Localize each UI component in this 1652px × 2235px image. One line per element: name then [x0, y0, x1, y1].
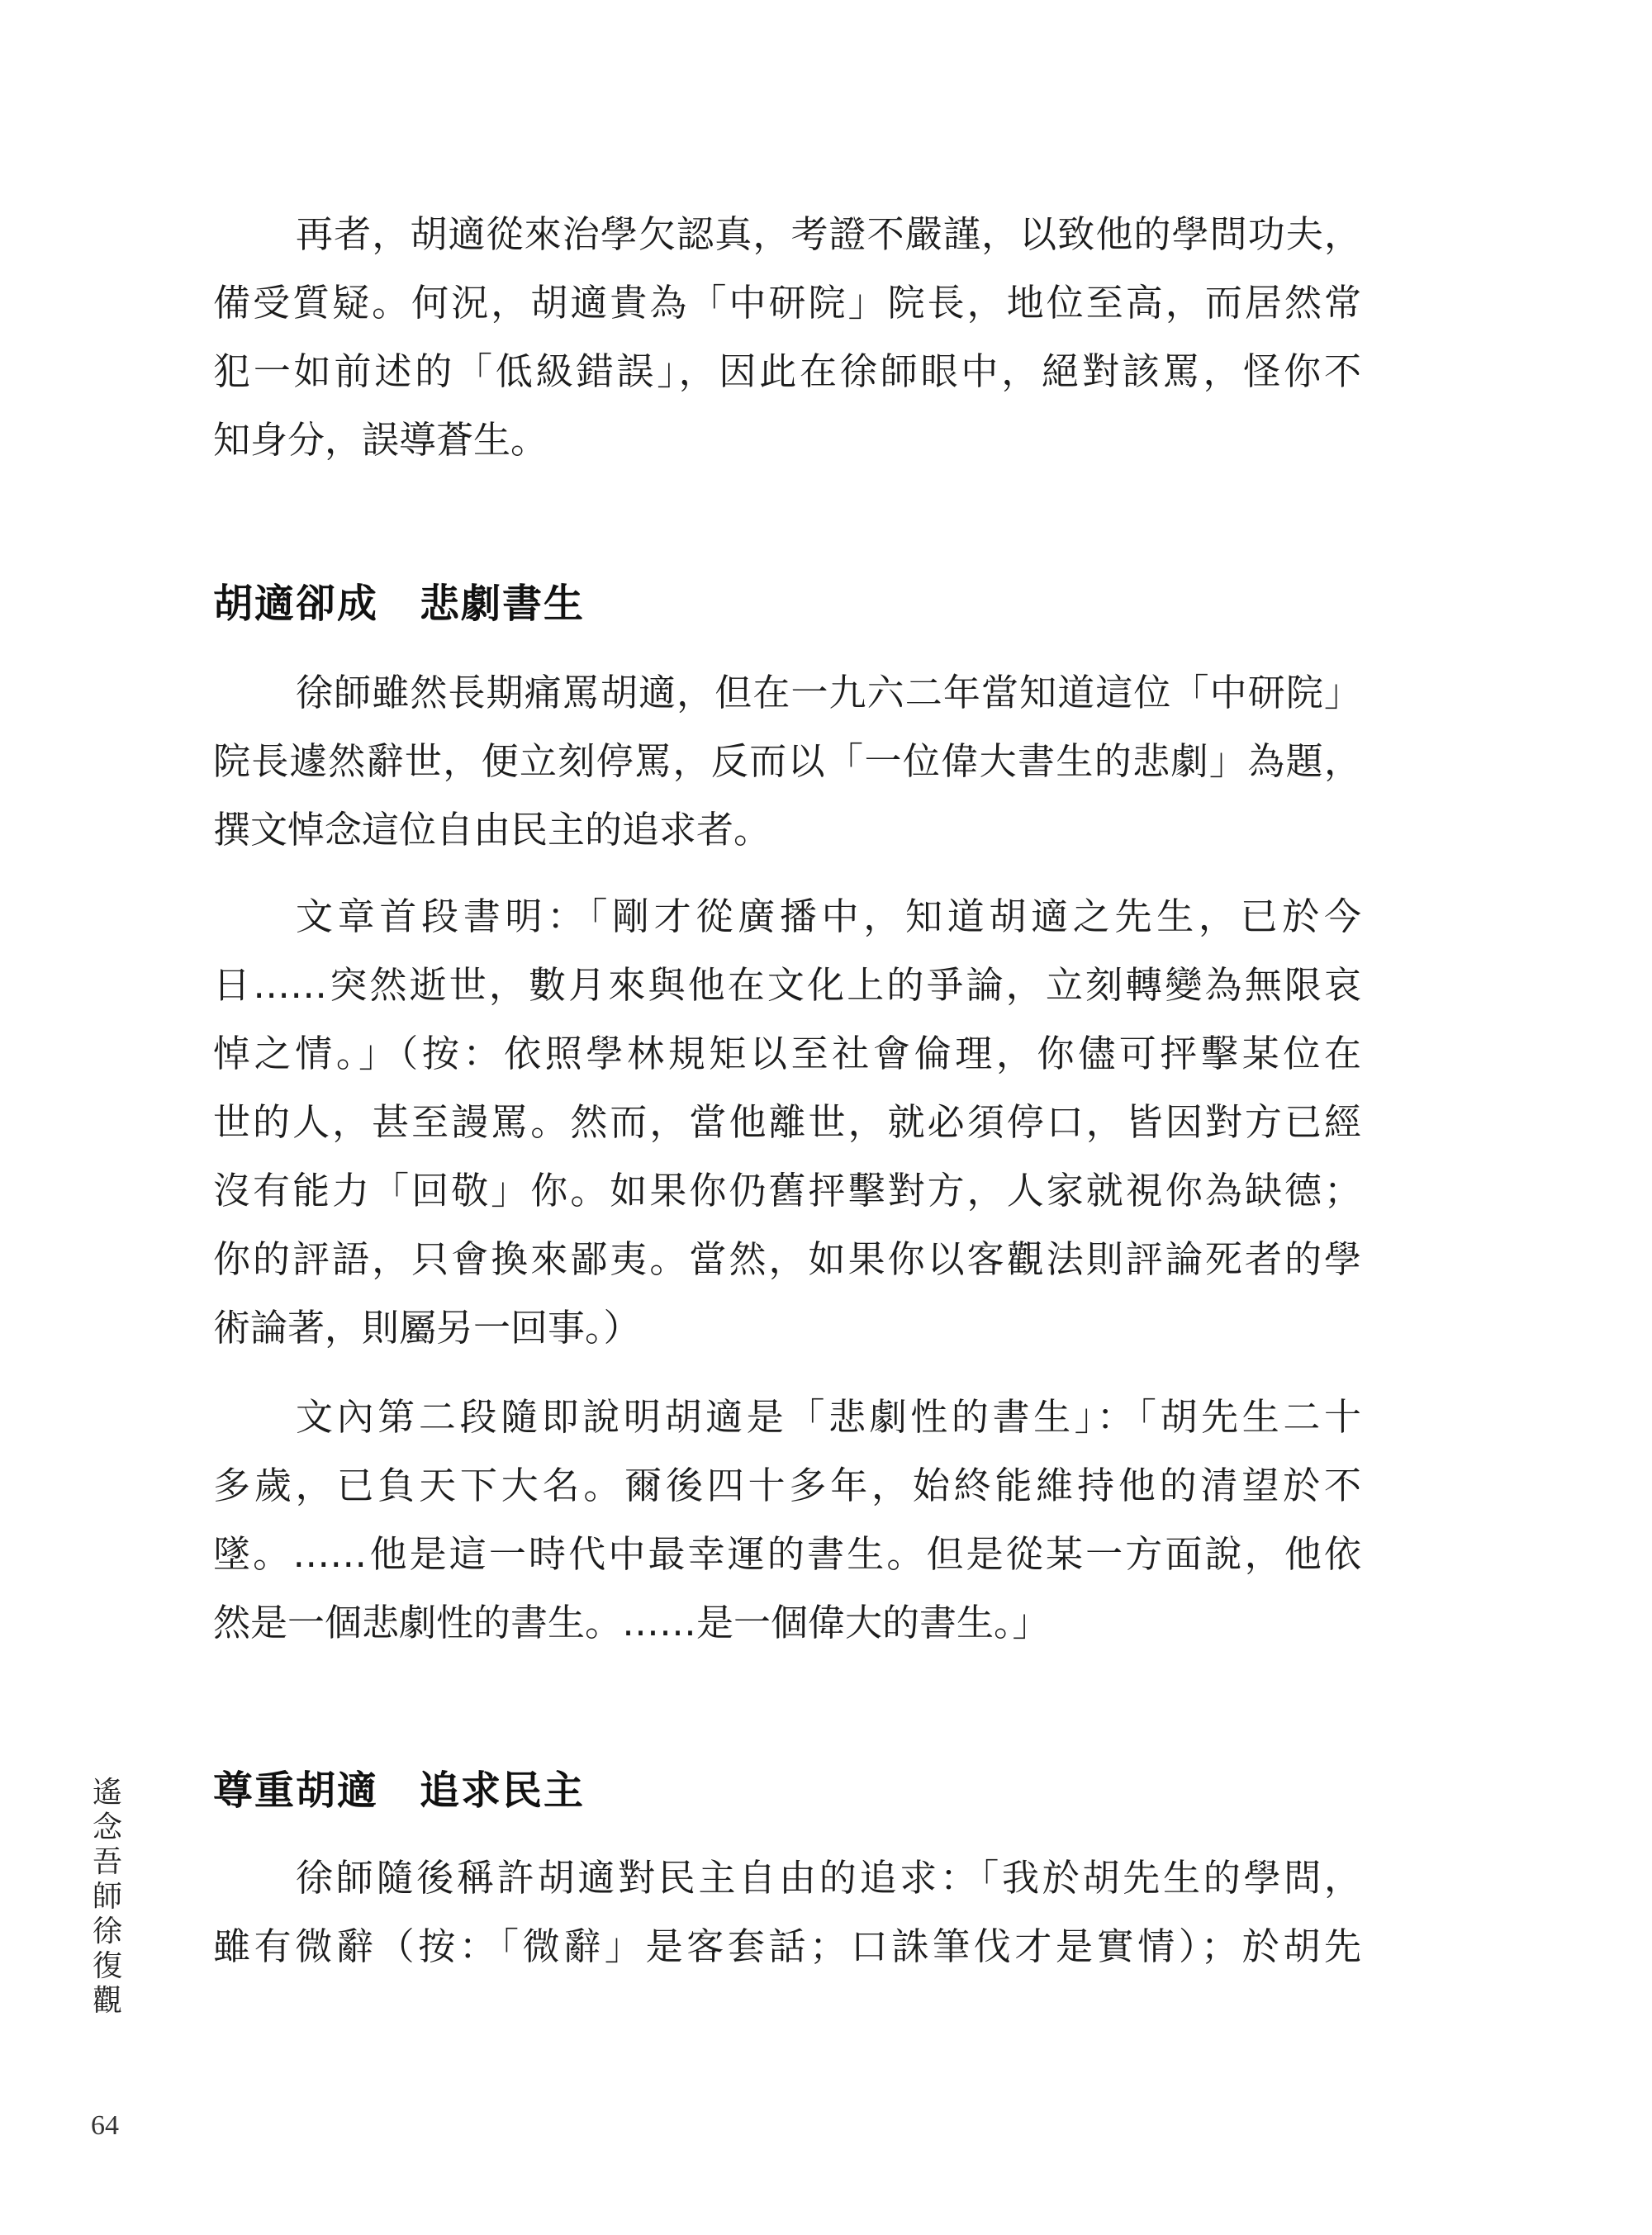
- text-line: 備受質疑。何況，胡適貴為「中研院」院長，地位至高，而居然常: [213, 268, 1361, 337]
- paragraph-4: 文內第二段隨即說明胡適是「悲劇性的書生」：「胡先生二十 多歲，已負天下大名。爾後…: [213, 1383, 1361, 1657]
- text-line: 知身分，誤導蒼生。: [213, 406, 1361, 474]
- paragraph-1: 再者，胡適從來治學欠認真，考證不嚴謹，以致他的學問功夫， 備受質疑。何況，胡適貴…: [213, 200, 1361, 474]
- title-char: 吾: [89, 1845, 126, 1880]
- section-heading: 胡適卻成 悲劇書生: [213, 570, 585, 638]
- title-char: 師: [89, 1880, 126, 1915]
- title-char: 復: [89, 1949, 126, 1984]
- text-line: 再者，胡適從來治學欠認真，考證不嚴謹，以致他的學問功夫，: [213, 200, 1361, 268]
- text-line: 文章首段書明：「剛才從廣播中，知道胡適之先生，已於今: [213, 882, 1361, 951]
- text-line: 日……突然逝世，數月來與他在文化上的爭論，立刻轉變為無限哀: [213, 951, 1361, 1019]
- text-line: 悼之情。」（按：依照學林規矩以至社會倫理，你儘可抨擊某位在: [213, 1019, 1361, 1088]
- text-line: 你的評語，只會換來鄙夷。當然，如果你以客觀法則評論死者的學: [213, 1225, 1361, 1293]
- paragraph-2: 徐師雖然長期痛罵胡適，但在一九六二年當知道這位「中研院」 院長遽然辭世，便立刻停…: [213, 658, 1361, 864]
- text-line: 院長遽然辭世，便立刻停罵，反而以「一位偉大書生的悲劇」為題，: [213, 727, 1361, 795]
- paragraph-3: 文章首段書明：「剛才從廣播中，知道胡適之先生，已於今 日……突然逝世，數月來與他…: [213, 882, 1361, 1362]
- text-line: 多歲，已負天下大名。爾後四十多年，始終能維持他的清望於不: [213, 1451, 1361, 1520]
- text-line: 文內第二段隨即說明胡適是「悲劇性的書生」：「胡先生二十: [213, 1383, 1361, 1451]
- title-char: 遙: [89, 1776, 126, 1810]
- text-line: 撰文悼念這位自由民主的追求者。: [213, 795, 1361, 864]
- paragraph-5: 徐師隨後稱許胡適對民主自由的追求：「我於胡先生的學問， 雖有微辭（按：「微辭」是…: [213, 1844, 1361, 1981]
- page-number: 64: [91, 2110, 119, 2142]
- text-line: 徐師雖然長期痛罵胡適，但在一九六二年當知道這位「中研院」: [213, 658, 1361, 727]
- section-heading: 尊重胡適 追求民主: [213, 1757, 585, 1825]
- book-page: 再者，胡適從來治學欠認真，考證不嚴謹，以致他的學問功夫， 備受質疑。何況，胡適貴…: [0, 0, 1652, 2235]
- title-char: 觀: [89, 1984, 126, 2019]
- text-line: 沒有能力「回敬」你。如果你仍舊抨擊對方，人家就視你為缺德；: [213, 1156, 1361, 1225]
- text-line: 墜。……他是這一時代中最幸運的書生。但是從某一方面說，他依: [213, 1520, 1361, 1588]
- text-line: 徐師隨後稱許胡適對民主自由的追求：「我於胡先生的學問，: [213, 1844, 1361, 1912]
- running-book-title: 遙念吾師徐復觀: [89, 1776, 126, 2019]
- text-line: 雖有微辭（按：「微辭」是客套話；口誅筆伐才是實情）；於胡先: [213, 1912, 1361, 1981]
- text-line: 世的人，甚至謾罵。然而，當他離世，就必須停口，皆因對方已經: [213, 1088, 1361, 1156]
- title-char: 念: [89, 1810, 126, 1845]
- text-line: 犯一如前述的「低級錯誤」，因此在徐師眼中，絕對該罵，怪你不: [213, 337, 1361, 406]
- title-char: 徐: [89, 1915, 126, 1949]
- text-line: 術論著，則屬另一回事。）: [213, 1293, 1361, 1362]
- text-line: 然是一個悲劇性的書生。……是一個偉大的書生。」: [213, 1588, 1361, 1657]
